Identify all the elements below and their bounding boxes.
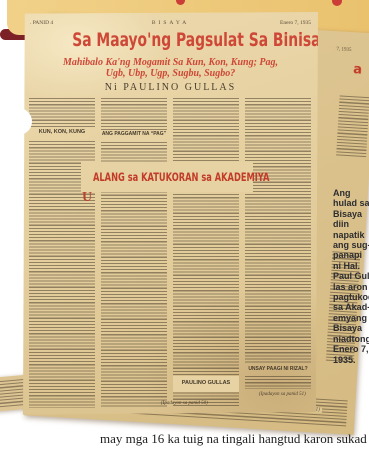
caption-line: Enero 7, [333,344,369,354]
caption-line: 1935. [333,355,369,365]
caption-line: napatik [333,230,369,240]
subtitle-line-2: Ugb, Ubp, Ugp, Sugbu, Sugbo? [23,68,318,79]
caption-line: panapi [333,250,369,260]
caption-line: diin [333,219,369,229]
column2-subhead: ANG PAGGAMIT NA “PAG” [97,131,171,137]
caption-line: sa Akad- [333,302,369,312]
column4-continuation: (Ipadayon sa panid 51) [259,392,306,397]
column3-text-block [173,98,239,408]
article-text-line: may mga 16 ka tuig na tingali hangtud ka… [100,431,369,447]
signature: PAULINO GULLAS [173,380,239,386]
back-page-date: 7, 1935 [336,47,351,53]
caption-line: pagtukod [333,292,369,302]
column4-subhead: UNSAY PAAGI NI RIZAL? [245,366,311,372]
column3-continuation: (Ipadayon sa panid 50) [161,401,208,406]
column2-text-block [101,98,167,130]
caption-line: niadtong [333,334,369,344]
article-byline: Ni PAULINO GULLAS [23,82,318,93]
masthead-date: Enero 7, 1935 [217,20,311,26]
caption-line: Bisaya [333,323,369,333]
photo-caption: Ang hulad sa Bisaya diin napatik ang sug… [333,188,369,365]
back-page-title-fragment: a [353,62,363,77]
column4-text-block [245,98,311,364]
caption-line: ang sug- [333,240,369,250]
article-subtitle: Mahibalo Ka'ng Mogamit Sa Kun, Kon, Kung… [23,57,318,79]
masthead-publication: BISAYA [124,20,218,26]
subtitle-line-1: Mahibalo Ka'ng Mogamit Sa Kun, Kon, Kung… [23,57,318,68]
article-title: Sa Maayo'ng Pagsulat Sa Binisaya [23,29,318,51]
caption-line: emyang [333,313,369,323]
paper-notch [5,108,32,135]
newspaper-front-page: . PANID 4 BISAYA Enero 7, 1935 Sa Maayo'… [23,12,318,416]
caption-line: las aron [333,282,369,292]
column1-text-block [29,98,95,128]
back-page-text-block [336,95,369,159]
column4-text-block [245,376,311,389]
section-heading: ALANG sa KATUKORAN sa AKADEMIYA [93,170,269,184]
caption-line: Bisaya [333,209,369,219]
caption-line: ni Hal. [333,261,369,271]
masthead: . PANID 4 BISAYA Enero 7, 1935 [30,20,311,26]
page: 7, 1935 a (Ipadayon sa panid 50) (Ipaday… [0,0,369,452]
caption-line: hulad sa [333,198,369,208]
drop-cap: U [82,191,92,205]
masthead-page-label: . PANID 4 [30,20,124,26]
caption-line: Paul Gul- [333,271,369,281]
column1-subhead: KUN, KON, KUNG [29,129,95,135]
caption-line: Ang [333,188,369,198]
